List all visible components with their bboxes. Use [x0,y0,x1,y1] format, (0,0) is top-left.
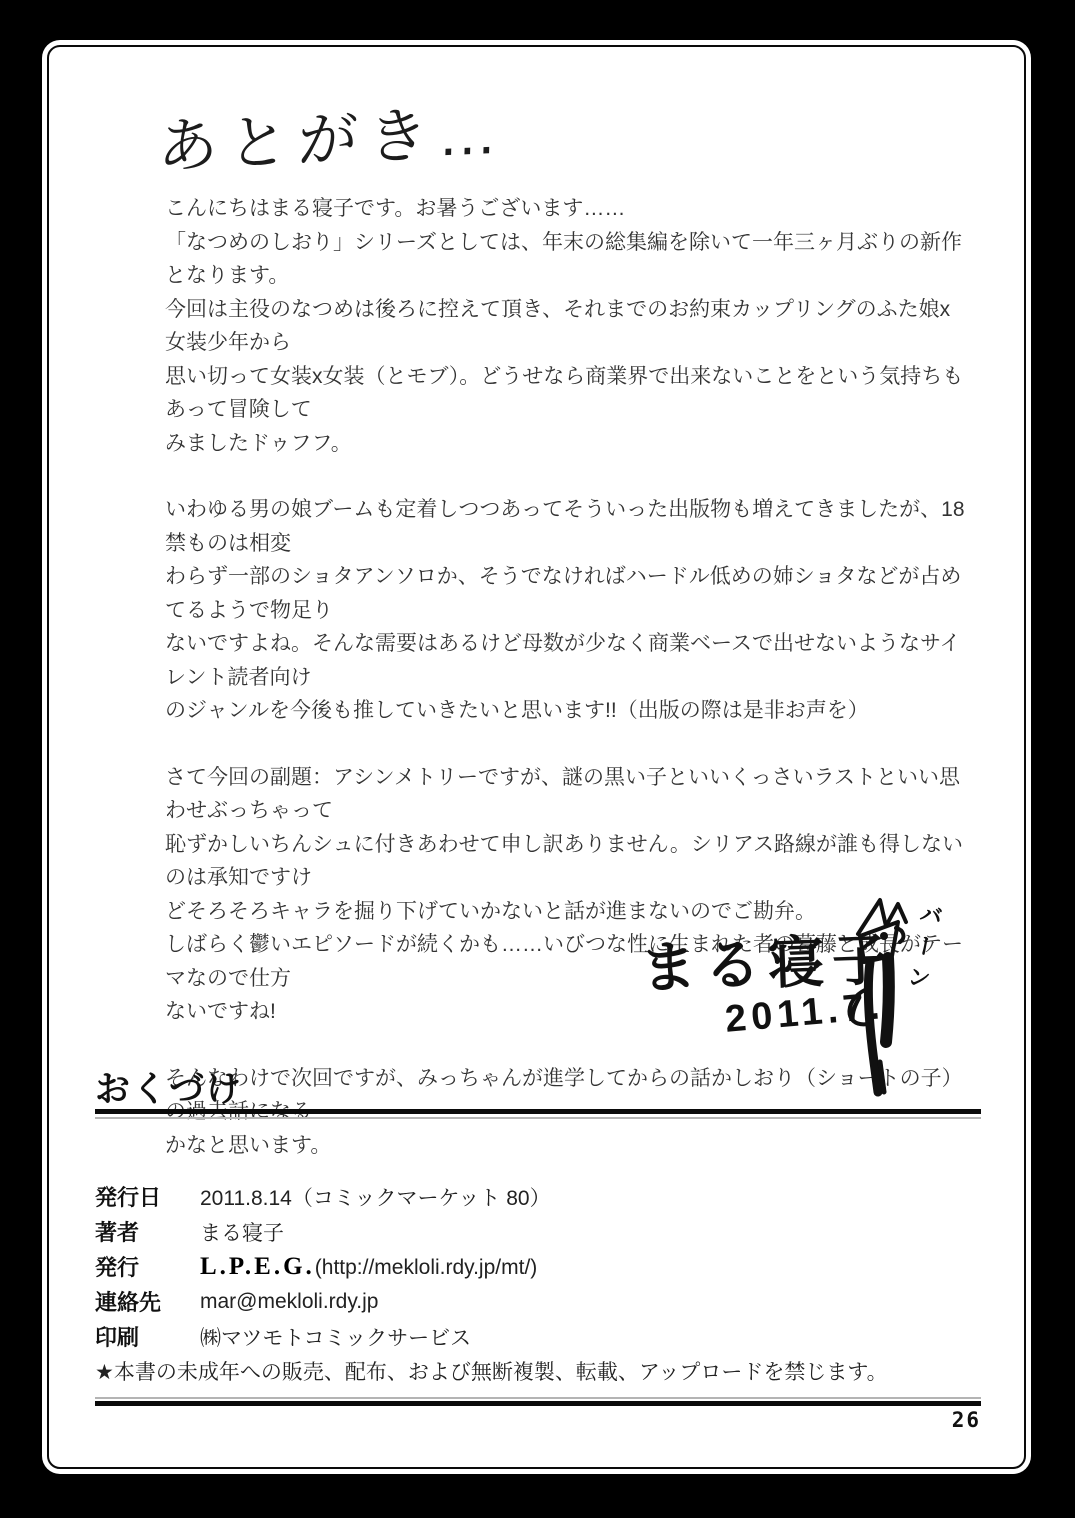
rule-thin-line [95,1397,981,1399]
publisher-url: (http://mekloli.rdy.jp/mt/) [315,1256,538,1279]
colophon-row-publisher: 発行 L.P.E.G.(http://mekloli.rdy.jp/mt/) [95,1249,981,1284]
copyright-notice: ★本書の未成年への販売、配布、および無断複製、転載、アップロードを禁じます。 [95,1356,981,1386]
colophon-value: L.P.E.G.(http://mekloli.rdy.jp/mt/) [200,1253,537,1281]
rule-thick-line [95,1401,981,1406]
contact-email: mar@mekloli.rdy.jp [200,1290,378,1314]
colophon-label: 発行日 [95,1181,200,1212]
colophon-label: 発行 [95,1251,200,1282]
rule-thin-line [95,1117,981,1119]
afterword-paragraph: いわゆる男の娘ブームも定着しつつあってそういった出版物も増えてきましたが、18禁… [165,493,970,728]
colophon-value: 2011.8.14（コミックマーケット 80） [200,1182,551,1212]
doujinshi-afterword-page: あとがき… こんにちはまる寝子です。お暑うございます…… 「なつめのしおり」シリ… [42,40,1031,1474]
colophon-label: 印刷 [95,1321,200,1352]
colophon-table: 発行日 2011.8.14（コミックマーケット 80） 著者 まる寝子 発行 L… [95,1179,981,1354]
page-number: 26 [95,1408,981,1432]
colophon-row-publish-date: 発行日 2011.8.14（コミックマーケット 80） [95,1179,981,1214]
rule-thick-line [95,1109,981,1114]
colophon-label: 連絡先 [95,1286,200,1317]
colophon-row-contact: 連絡先 mar@mekloli.rdy.jp [95,1284,981,1319]
colophon-row-author: 著者 まる寝子 [95,1214,981,1249]
colophon-row-printer: 印刷 ㈱マツモトコミックサービス [95,1319,981,1354]
circle-logo-text: L.P.E.G. [200,1253,315,1280]
colophon-label: 著者 [95,1216,200,1247]
afterword-title: あとがき… [157,84,509,185]
colophon-heading: おくづけ [95,1062,243,1112]
afterword-paragraph: こんにちはまる寝子です。お暑うございます…… 「なつめのしおり」シリーズとしては… [165,192,970,460]
footer-rule [95,1397,981,1406]
colophon-heading-rule [95,1109,981,1119]
colophon-value: ㈱マツモトコミックサービス [200,1322,471,1352]
colophon-value: まる寝子 [200,1217,284,1247]
